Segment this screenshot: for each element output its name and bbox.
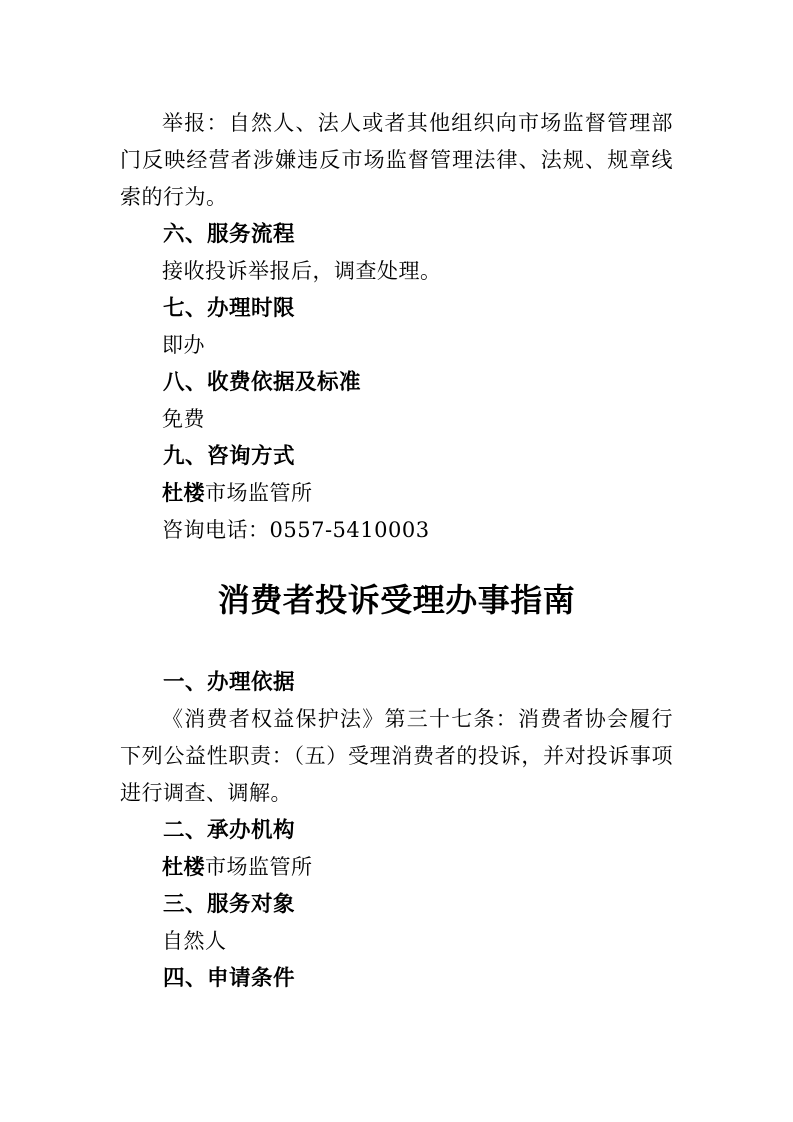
office-name-line: 杜楼市场监管所 xyxy=(120,475,673,512)
heading-consultation-method: 九、咨询方式 xyxy=(120,438,673,475)
handling-basis-text: 《消费者权益保护法》第三十七条：消费者协会履行下列公益性职责：（五）受理消费者的… xyxy=(120,701,673,812)
heading-application-conditions: 四、申请条件 xyxy=(120,960,673,997)
service-process-text: 接收投诉举报后，调查处理。 xyxy=(120,253,673,290)
heading-undertaking-agency: 二、承办机构 xyxy=(120,812,673,849)
guide-title: 消费者投诉受理办事指南 xyxy=(120,578,673,622)
heading-handling-basis: 一、办理依据 xyxy=(120,664,673,701)
office-name-bold-part: 杜楼 xyxy=(162,481,205,505)
document-page: 举报：自然人、法人或者其他组织向市场监督管理部门反映经营者涉嫌违反市场监督管理法… xyxy=(0,0,793,1122)
heading-fee-basis: 八、收费依据及标准 xyxy=(120,364,673,401)
processing-time-text: 即办 xyxy=(120,327,673,364)
office-name-bold-part-2: 杜楼 xyxy=(162,855,205,879)
report-definition-paragraph: 举报：自然人、法人或者其他组织向市场监督管理部门反映经营者涉嫌违反市场监督管理法… xyxy=(120,105,673,216)
office-name-regular-part: 市场监管所 xyxy=(205,481,313,505)
service-target-text: 自然人 xyxy=(120,923,673,960)
heading-service-target: 三、服务对象 xyxy=(120,886,673,923)
heading-processing-time: 七、办理时限 xyxy=(120,290,673,327)
fee-basis-text: 免费 xyxy=(120,401,673,438)
page-content: 举报：自然人、法人或者其他组织向市场监督管理部门反映经营者涉嫌违反市场监督管理法… xyxy=(0,0,793,997)
office-name-regular-part-2: 市场监管所 xyxy=(205,855,313,879)
office-name-line-2: 杜楼市场监管所 xyxy=(120,849,673,886)
heading-service-process: 六、服务流程 xyxy=(120,216,673,253)
consultation-phone-line: 咨询电话：0557-5410003 xyxy=(120,512,673,549)
